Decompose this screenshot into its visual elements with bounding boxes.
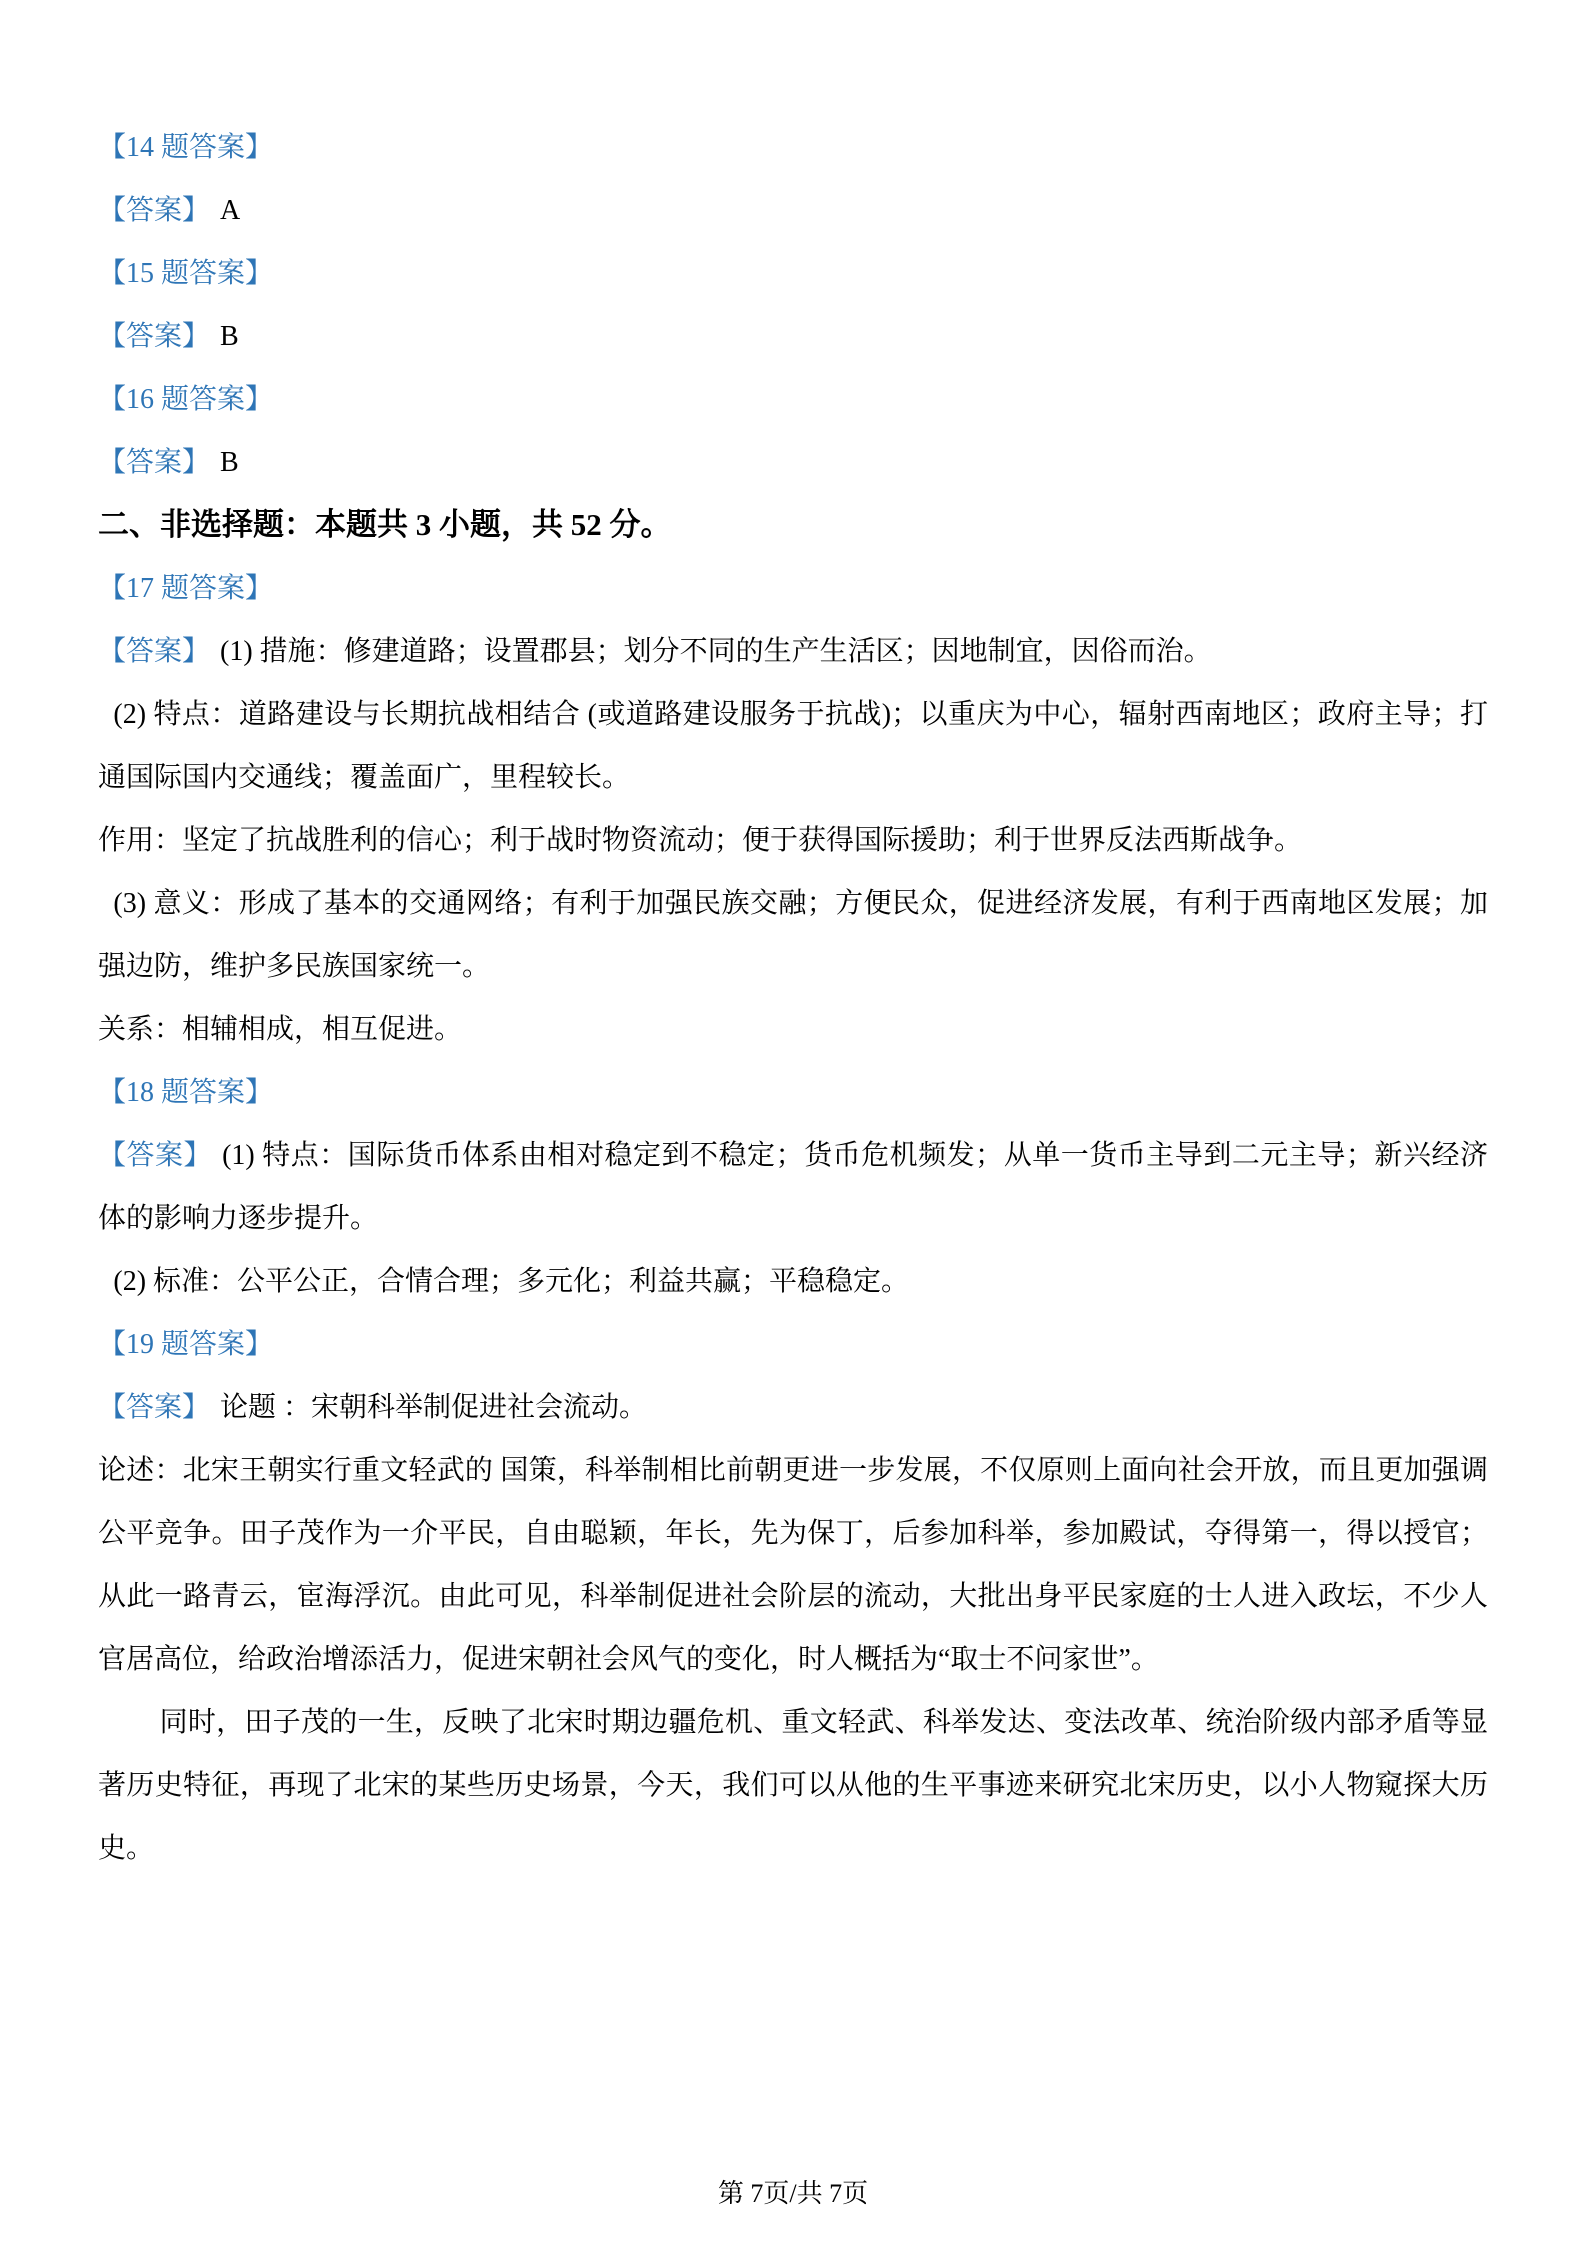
answer-sheet-page: 【14 题答案】 【答案】A 【15 题答案】 【答案】B 【16 题答案】 【…	[0, 0, 1586, 2244]
answer-paragraph: 关系：相辅相成，相互促进。	[98, 998, 1488, 1061]
answer-text: (1) 特点：国际货币体系由相对稳定到不稳定；货币危机频发；从单一货币主导到二元…	[98, 1140, 1488, 1234]
answer-paragraph: (2) 特点：道路建设与长期抗战相结合 (或道路建设服务于抗战)；以重庆为中心，…	[98, 683, 1488, 809]
answer-paragraph: 同时，田子茂的一生，反映了北宋时期边疆危机、重文轻武、科举发达、变法改革、统治阶…	[98, 1691, 1488, 1880]
answer-line: 【答案】B	[98, 305, 1488, 368]
document-content: 【14 题答案】 【答案】A 【15 题答案】 【答案】B 【16 题答案】 【…	[98, 116, 1488, 1880]
question-answer-label: 【18 题答案】	[98, 1061, 1488, 1124]
answer-text: 论题 ：宋朝科举制促进社会流动。	[220, 1392, 647, 1423]
answer-tag: 【答案】	[98, 636, 210, 667]
answer-paragraph: (3) 意义：形成了基本的交通网络；有利于加强民族交融；方便民众，促进经济发展，…	[98, 872, 1488, 998]
answer-line: 【答案】(1) 措施：修建道路；设置郡县；划分不同的生产生活区；因地制宜，因俗而…	[98, 620, 1488, 683]
question-answer-label: 【15 题答案】	[98, 242, 1488, 305]
question-answer-label: 【16 题答案】	[98, 368, 1488, 431]
answer-tag: 【答案】	[98, 321, 210, 352]
answer-tag: 【答案】	[98, 195, 210, 226]
answer-text: A	[220, 195, 240, 226]
answer-text: B	[220, 447, 239, 478]
answer-tag: 【答案】	[98, 1140, 212, 1171]
answer-paragraph: (2) 标准：公平公正，合情合理；多元化；利益共赢；平稳稳定。	[98, 1250, 1488, 1313]
answer-tag: 【答案】	[98, 447, 210, 478]
answer-text: (1) 措施：修建道路；设置郡县；划分不同的生产生活区；因地制宜，因俗而治。	[220, 636, 1212, 667]
question-answer-label: 【19 题答案】	[98, 1313, 1488, 1376]
question-answer-label: 【17 题答案】	[98, 557, 1488, 620]
answer-line: 【答案】论题 ：宋朝科举制促进社会流动。	[98, 1376, 1488, 1439]
section-heading: 二、非选择题：本题共 3 小题，共 52 分。	[98, 494, 1488, 557]
page-footer: 第 7页/共 7页	[0, 2173, 1586, 2210]
answer-paragraph: 作用：坚定了抗战胜利的信心；利于战时物资流动；便于获得国际援助；利于世界反法西斯…	[98, 809, 1488, 872]
answer-line: 【答案】A	[98, 179, 1488, 242]
answer-paragraph: 论述：北宋王朝实行重文轻武的 国策，科举制相比前朝更进一步发展，不仅原则上面向社…	[98, 1439, 1488, 1691]
answer-tag: 【答案】	[98, 1392, 210, 1423]
answer-line: 【答案】(1) 特点：国际货币体系由相对稳定到不稳定；货币危机频发；从单一货币主…	[98, 1124, 1488, 1250]
answer-text: B	[220, 321, 239, 352]
answer-line: 【答案】B	[98, 431, 1488, 494]
question-answer-label: 【14 题答案】	[98, 116, 1488, 179]
